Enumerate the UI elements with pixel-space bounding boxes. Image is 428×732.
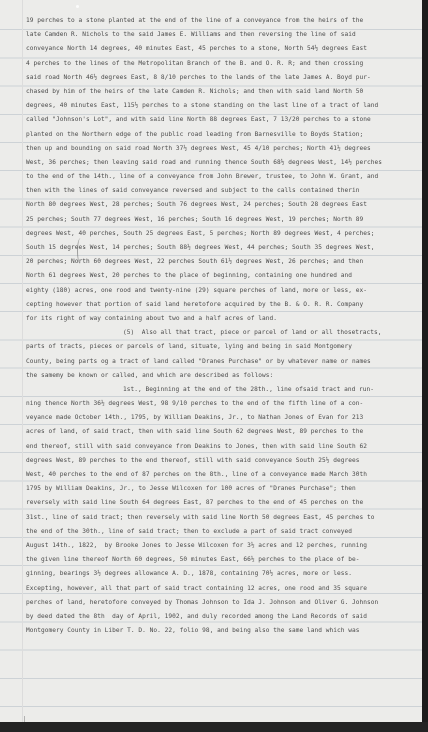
text-line: ginning, bearings 3½ degrees allowance A… [26,567,418,581]
text-line: 1795 by William Deakins, Jr., to Jesse W… [26,482,418,496]
text-line: the end of the 30th., line of said tract… [26,525,418,539]
text-line: 20 perches; North 60 degrees West, 22 pe… [26,255,418,269]
text-line: for its right of way containing about tw… [26,312,418,326]
text-line: chased by him of the heirs of the late C… [26,85,418,99]
text-line: West, 36 perches; then leaving said road… [26,156,418,170]
text-line: planted on the Northern edge of the publ… [26,128,418,142]
text-line: cepting however that portion of said lan… [26,298,418,312]
text-line: reversely with said line South 64 degree… [26,496,418,510]
text-line: perches of land, heretofore conveyed by … [26,596,418,610]
text-line: August 14th., 1822, by Brooke Jones to J… [26,539,418,553]
scan-bottom-edge [0,722,428,732]
text-line: veyance made October 14th., 1795, by Wil… [26,411,418,425]
text-line: parts of tracts, pieces or parcels of la… [26,340,418,354]
text-line: called "Johnson's Lot", and with said li… [26,113,418,127]
text-line: 31st., line of said tract; then reversel… [26,511,418,525]
text-line: to the end of the 14th., line of a conve… [26,170,418,184]
scan-speck [76,5,79,8]
text-line: then with the lines of said conveyance r… [26,184,418,198]
deed-page: 19 perches to a stone planted at the end… [0,0,422,722]
text-line: end thereof, still with said conveyance … [26,440,418,454]
text-line: then up and bounding on said road North … [26,142,418,156]
text-line: the samemy be known or called, and which… [26,369,418,383]
text-line: ning thence North 36½ degrees West, 98 9… [26,397,418,411]
text-line: conveyance North 14 degrees, 40 minutes … [26,42,418,56]
text-line: 19 perches to a stone planted at the end… [26,14,418,28]
scan-right-edge [422,0,428,732]
text-line: 4 perches to the lines of the Metropolit… [26,57,418,71]
text-line: degrees West, 40 perches, South 25 degre… [26,227,418,241]
text-line: the given line thereof North 60 degrees,… [26,553,418,567]
text-line: North 61 degrees West, 20 perches to the… [26,269,418,283]
text-line: County, being parts og a tract of land c… [26,355,418,369]
deed-text: 19 perches to a stone planted at the end… [26,14,418,638]
text-line: 25 perches; South 77 degrees West, 16 pe… [26,213,418,227]
text-line: acres of land, of said tract, then with … [26,425,418,439]
text-line: eighty (180) acres, one rood and twenty-… [26,284,418,298]
pencil-bracket-mark [77,238,84,264]
text-line: degrees West, 89 perches to the end ther… [26,454,418,468]
text-line: degrees, 40 minutes East, 115½ perches t… [26,99,418,113]
text-line: West, 40 perches to the end of 87 perche… [26,468,418,482]
text-line: late Camden R. Nichols to the said James… [26,28,418,42]
text-line: said road North 46½ degrees East, 8 8/10… [26,71,418,85]
text-line: North 80 degrees West, 28 perches; South… [26,198,418,212]
text-line: South 15 degrees West, 14 perches; South… [26,241,418,255]
text-line: by deed dated the 8th day of April, 1902… [26,610,418,624]
section-5-heading-line: (5) Also all that tract, piece or parcel… [26,326,418,340]
text-line: Montgomery County in Liber T. D. No. 22,… [26,624,418,638]
left-margin-rule [22,0,23,722]
first-parcel-heading-line: 1st., Beginning at the end of the 28th.,… [26,383,418,397]
text-line: Excepting, however, all that part of sai… [26,582,418,596]
